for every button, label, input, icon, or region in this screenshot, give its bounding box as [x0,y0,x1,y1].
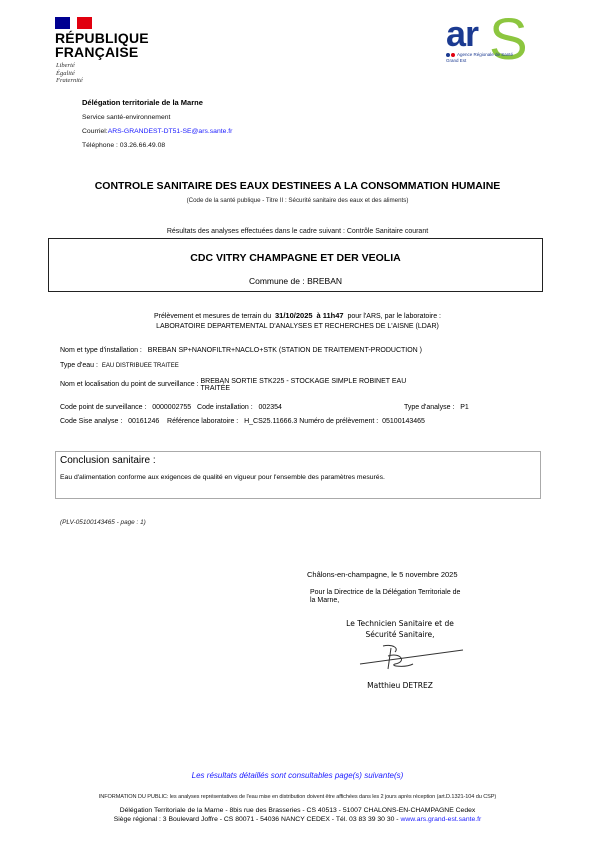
regional-address: Siège régional : 3 Boulevard Joffre - CS… [0,816,595,823]
dot-icon [451,53,455,57]
signatory-for: Pour la Directrice de la Délégation Terr… [310,589,500,604]
distribution-unit-title: CDC VITRY CHAMPAGNE ET DER VEOLIA [49,252,542,264]
website-link[interactable]: www.ars.grand-est.sante.fr [400,816,481,823]
signatory-name: Matthieu DETREZ [330,681,470,690]
delegation-address: Délégation Territoriale de la Marne - 8b… [0,807,595,814]
conclusion-box: Conclusion sanitaire : Eau d'alimentatio… [55,451,541,499]
ars-logo-word: ar [446,16,478,52]
delegation-email: Courriel:ARS-GRANDEST-DT51-SE@ars.sante.… [82,128,232,135]
water-type-field: Type d'eau : EAU DISTRIBUEE TRAITEE [60,362,179,369]
motto-liberte: Liberté [56,62,83,70]
place-date: Châlons-en-champagne, le 5 novembre 2025 [307,570,458,579]
page-reference: (PLV-05100143465 - page : 1) [60,519,146,526]
distribution-unit-box: CDC VITRY CHAMPAGNE ET DER VEOLIA Commun… [48,238,543,292]
sampling-time: à 11h47 [316,311,343,320]
marianne-flag-logo [55,17,92,29]
commune: Commune de : BREBAN [49,276,542,286]
document-subtitle: (Code de la santé publique - Titre II : … [0,197,595,204]
delegation-phone: Téléphone : 03.26.66.49.08 [82,142,165,149]
ars-logo-s: S [489,11,528,69]
motto-egalite: Égalité [56,70,83,78]
motto-fraternite: Fraternité [56,77,83,85]
surveillance-point-field: Nom et localisation du point de surveill… [60,378,406,392]
republique-francaise-logo: RÉPUBLIQUE FRANÇAISE [55,31,149,59]
email-link[interactable]: ARS-GRANDEST-DT51-SE@ars.sante.fr [108,128,233,135]
ars-logo: ar S Agence Régionale de Santé Grand Est [443,18,543,73]
ars-logo-subtitle: Agence Régionale de Santé [446,52,513,57]
handwritten-signature-icon [355,642,465,672]
document-title: CONTROLE SANITAIRE DES EAUX DESTINEES A … [0,180,595,192]
signatory-role: Le Technicien Sanitaire et de Sécurité S… [330,618,470,640]
rf-name-line2: FRANÇAISE [55,45,149,59]
conclusion-text: Eau d'alimentation conforme aux exigence… [60,474,385,481]
public-information: INFORMATION DU PUBLIC: les analyses repr… [0,794,595,800]
analysis-type-field: Type d'analyse : P1 [404,404,469,411]
sampling-line: Prélèvement et mesures de terrain du 31/… [0,311,595,320]
delegation-title: Délégation territoriale de la Marne [82,98,203,107]
rf-motto: Liberté Égalité Fraternité [56,62,83,85]
detailed-results-note: Les résultats détaillés sont consultable… [0,771,595,780]
rf-name-line1: RÉPUBLIQUE [55,31,149,45]
codes-row-1: Code point de surveillance : 0000002755 … [60,404,282,411]
analysis-frame: Résultats des analyses effectuées dans l… [0,228,595,235]
laboratory-name: LABORATOIRE DEPARTEMENTAL D'ANALYSES ET … [0,323,595,330]
ars-logo-region: Grand Est [446,58,466,63]
sampling-date: 31/10/2025 [275,311,313,320]
conclusion-title: Conclusion sanitaire : [60,455,156,466]
installation-field: Nom et type d'installation : BREBAN SP+N… [60,347,422,354]
dot-icon [446,53,450,57]
codes-row-2: Code Sise analyse : 00161246 Référence l… [60,418,425,425]
delegation-service: Service santé-environnement [82,114,170,121]
